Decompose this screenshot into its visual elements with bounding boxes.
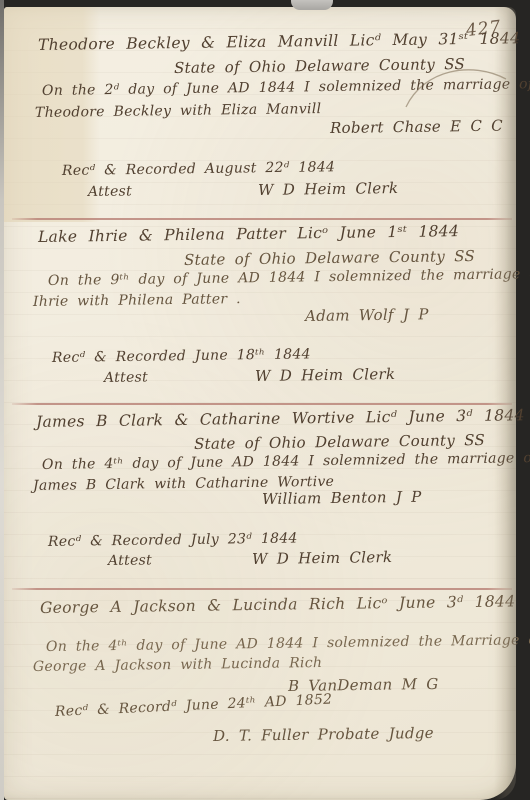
- clerk-signature: W D Heim Clerk: [255, 365, 396, 385]
- officiant-signature: Adam Wolf J P: [305, 305, 429, 325]
- page-marker-tab: [291, 0, 333, 10]
- separator-rule: [12, 403, 512, 405]
- officiant-signature: William Benton J P: [262, 488, 422, 508]
- officiant-signature: Robert Chase E C C: [330, 117, 503, 137]
- attest-label: Attest: [88, 183, 132, 200]
- separator-rule: [12, 218, 512, 220]
- attest-label: Attest: [108, 552, 152, 569]
- separator-rule: [12, 588, 512, 590]
- clerk-signature: W D Heim Clerk: [258, 179, 399, 199]
- attest-label: Attest: [104, 369, 148, 386]
- judge-signature: D. T. Fuller Probate Judge: [213, 724, 434, 745]
- ledger-page: 427 Theodore Beckley & Eliza Manvill Lic…: [4, 7, 516, 800]
- entry-body-line: Ihrie with Philena Patter .: [33, 291, 241, 310]
- scanned-ledger-photo: 427 Theodore Beckley & Eliza Manvill Lic…: [0, 0, 530, 800]
- page-edge-shading: [494, 7, 516, 800]
- clerk-signature: W D Heim Clerk: [252, 548, 393, 568]
